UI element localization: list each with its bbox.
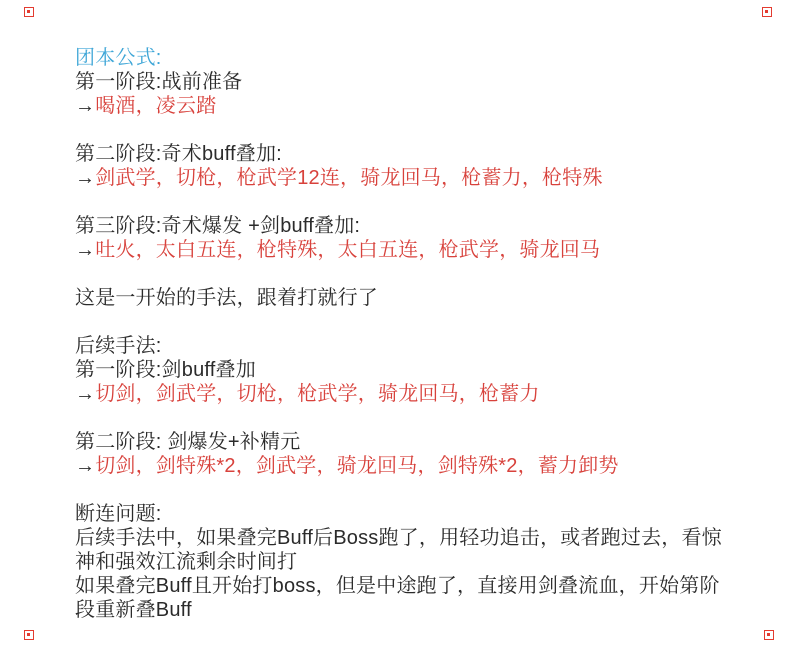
red-square-marker-icon	[24, 7, 34, 17]
document-page: 团本公式:第一阶段:战前准备→喝酒，凌云踏第二阶段:奇术buff叠加:→剑武学，…	[0, 0, 800, 652]
arrow-glyph: →	[75, 455, 95, 477]
text-line: 神和强效江流剩余时间打	[75, 550, 775, 574]
text-line: 这是一开始的手法，跟着打就行了	[75, 286, 775, 310]
text-line: 第二阶段:奇术buff叠加:	[75, 142, 775, 166]
blank-line	[75, 406, 775, 430]
text-segment: 喝酒，凌云踏	[95, 95, 216, 117]
text-segment: 第一阶段:剑buff叠加	[75, 359, 256, 381]
document-body: 团本公式:第一阶段:战前准备→喝酒，凌云踏第二阶段:奇术buff叠加:→剑武学，…	[75, 46, 775, 622]
arrow-glyph: →	[75, 383, 95, 405]
red-square-marker-icon	[24, 630, 34, 640]
text-segment: 后续手法中，如果叠完Buff后Boss跑了，用轻功追击，或者跑过去，看惊	[75, 527, 722, 549]
text-line: 第二阶段: 剑爆发+补精元	[75, 430, 775, 454]
text-segment: 第三阶段:奇术爆发 +剑buff叠加:	[75, 215, 360, 237]
blank-line	[75, 310, 775, 334]
arrow-glyph: →	[75, 239, 95, 261]
arrow-glyph: →	[75, 167, 95, 189]
text-segment: 断连问题:	[75, 503, 162, 525]
text-line: →喝酒，凌云踏	[75, 94, 775, 118]
text-segment: 第二阶段:奇术buff叠加:	[75, 143, 282, 165]
text-segment: 团本公式:	[75, 47, 162, 69]
text-segment: 第一阶段:战前准备	[75, 71, 242, 93]
text-line: →切剑，剑武学，切枪，枪武学，骑龙回马，枪蓄力	[75, 382, 775, 406]
red-square-marker-icon	[764, 630, 774, 640]
text-line: 段重新叠Buff	[75, 598, 775, 622]
text-line: 后续手法中，如果叠完Buff后Boss跑了，用轻功追击，或者跑过去，看惊	[75, 526, 775, 550]
text-segment: 段重新叠Buff	[75, 599, 192, 621]
text-line: 第一阶段:剑buff叠加	[75, 358, 775, 382]
text-segment: 这是一开始的手法，跟着打就行了	[75, 287, 378, 309]
text-line: →切剑，剑特殊*2，剑武学，骑龙回马，剑特殊*2，蓄力卸势	[75, 454, 775, 478]
red-square-marker-icon	[762, 7, 772, 17]
text-segment: 剑武学，切枪，枪武学12连，骑龙回马，枪蓄力，枪特殊	[95, 167, 602, 189]
text-segment: 如果叠完Buff且开始打boss，但是中途跑了，直接用剑叠流血，开始第阶	[75, 575, 720, 597]
text-segment: 切剑，剑武学，切枪，枪武学，骑龙回马，枪蓄力	[95, 383, 539, 405]
text-segment: 后续手法:	[75, 335, 162, 357]
blank-line	[75, 190, 775, 214]
text-segment: 切剑，剑特殊*2，剑武学，骑龙回马，剑特殊*2，蓄力卸势	[95, 455, 618, 477]
text-line: 团本公式:	[75, 46, 775, 70]
blank-line	[75, 478, 775, 502]
text-line: 如果叠完Buff且开始打boss，但是中途跑了，直接用剑叠流血，开始第阶	[75, 574, 775, 598]
text-line: 断连问题:	[75, 502, 775, 526]
text-line: 后续手法:	[75, 334, 775, 358]
text-line: →吐火，太白五连，枪特殊，太白五连，枪武学，骑龙回马	[75, 238, 775, 262]
text-line: →剑武学，切枪，枪武学12连，骑龙回马，枪蓄力，枪特殊	[75, 166, 775, 190]
text-line: 第三阶段:奇术爆发 +剑buff叠加:	[75, 214, 775, 238]
text-line: 第一阶段:战前准备	[75, 70, 775, 94]
text-segment: 神和强效江流剩余时间打	[75, 551, 297, 573]
blank-line	[75, 262, 775, 286]
text-segment: 吐火，太白五连，枪特殊，太白五连，枪武学，骑龙回马	[95, 239, 600, 261]
blank-line	[75, 118, 775, 142]
text-segment: 第二阶段: 剑爆发+补精元	[75, 431, 300, 453]
arrow-glyph: →	[75, 95, 95, 117]
